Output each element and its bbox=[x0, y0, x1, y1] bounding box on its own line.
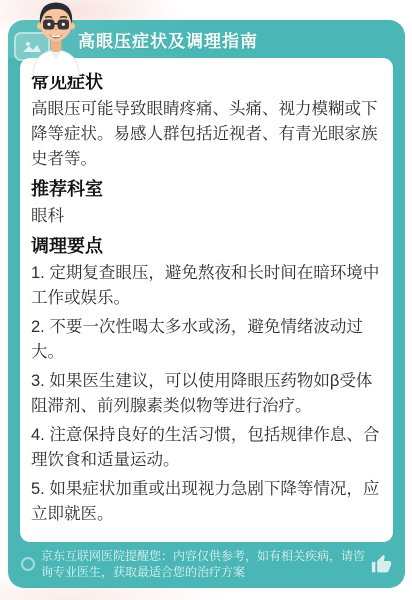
care-point-item: 4. 注意保持良好的生活习惯，包括规律作息、合理饮食和适量运动。 bbox=[31, 423, 382, 473]
department-value: 眼科 bbox=[31, 204, 382, 229]
symptoms-paragraph: 高眼压可能导致眼睛疼痛、头痛、视力模糊或下降等症状。易感人群包括近视者、有青光眼… bbox=[31, 97, 382, 172]
card-footer: 京东互联网医院提醒您：内容仅供参考，如有相关疾病，请咨询专业医生，获取最适合您的… bbox=[8, 542, 405, 588]
care-point-item: 2. 不要一次性喝太多水或汤，避免情绪波动过大。 bbox=[31, 315, 382, 365]
circle-ring-icon bbox=[21, 557, 35, 571]
card-title: 高眼压症状及调理指南 bbox=[78, 27, 258, 52]
care-point-item: 5. 如果症状加重或出现视力急剧下降等情况，应立即就医。 bbox=[31, 477, 382, 527]
content-panel: 常见症状 高眼压可能导致眼睛疼痛、头痛、视力模糊或下降等症状。易感人群包括近视者… bbox=[20, 58, 393, 542]
care-point-item: 1. 定期复查眼压，避免熬夜和长时间在暗环境中工作或娱乐。 bbox=[31, 261, 382, 311]
section-heading-department: 推荐科室 bbox=[31, 177, 382, 201]
care-point-item: 3. 如果医生建议，可以使用降眼压药物如β受体阻滞剂、前列腺素类似物等进行治疗。 bbox=[31, 369, 382, 419]
thumbs-up-icon[interactable] bbox=[371, 554, 393, 575]
disclaimer-text: 京东互联网医院提醒您：内容仅供参考，如有相关疾病，请咨询专业医生，获取最适合您的… bbox=[41, 548, 368, 580]
card-header: 高眼压症状及调理指南 bbox=[8, 20, 405, 58]
doctor-avatar bbox=[24, 0, 88, 76]
app-screen: 高眼压症状及调理指南 常见症状 高眼压可能导致眼睛疼痛、头痛、视力模糊或下降等症… bbox=[0, 0, 412, 600]
health-guide-card: 高眼压症状及调理指南 常见症状 高眼压可能导致眼睛疼痛、头痛、视力模糊或下降等症… bbox=[8, 20, 405, 588]
section-heading-care-points: 调理要点 bbox=[31, 234, 382, 258]
